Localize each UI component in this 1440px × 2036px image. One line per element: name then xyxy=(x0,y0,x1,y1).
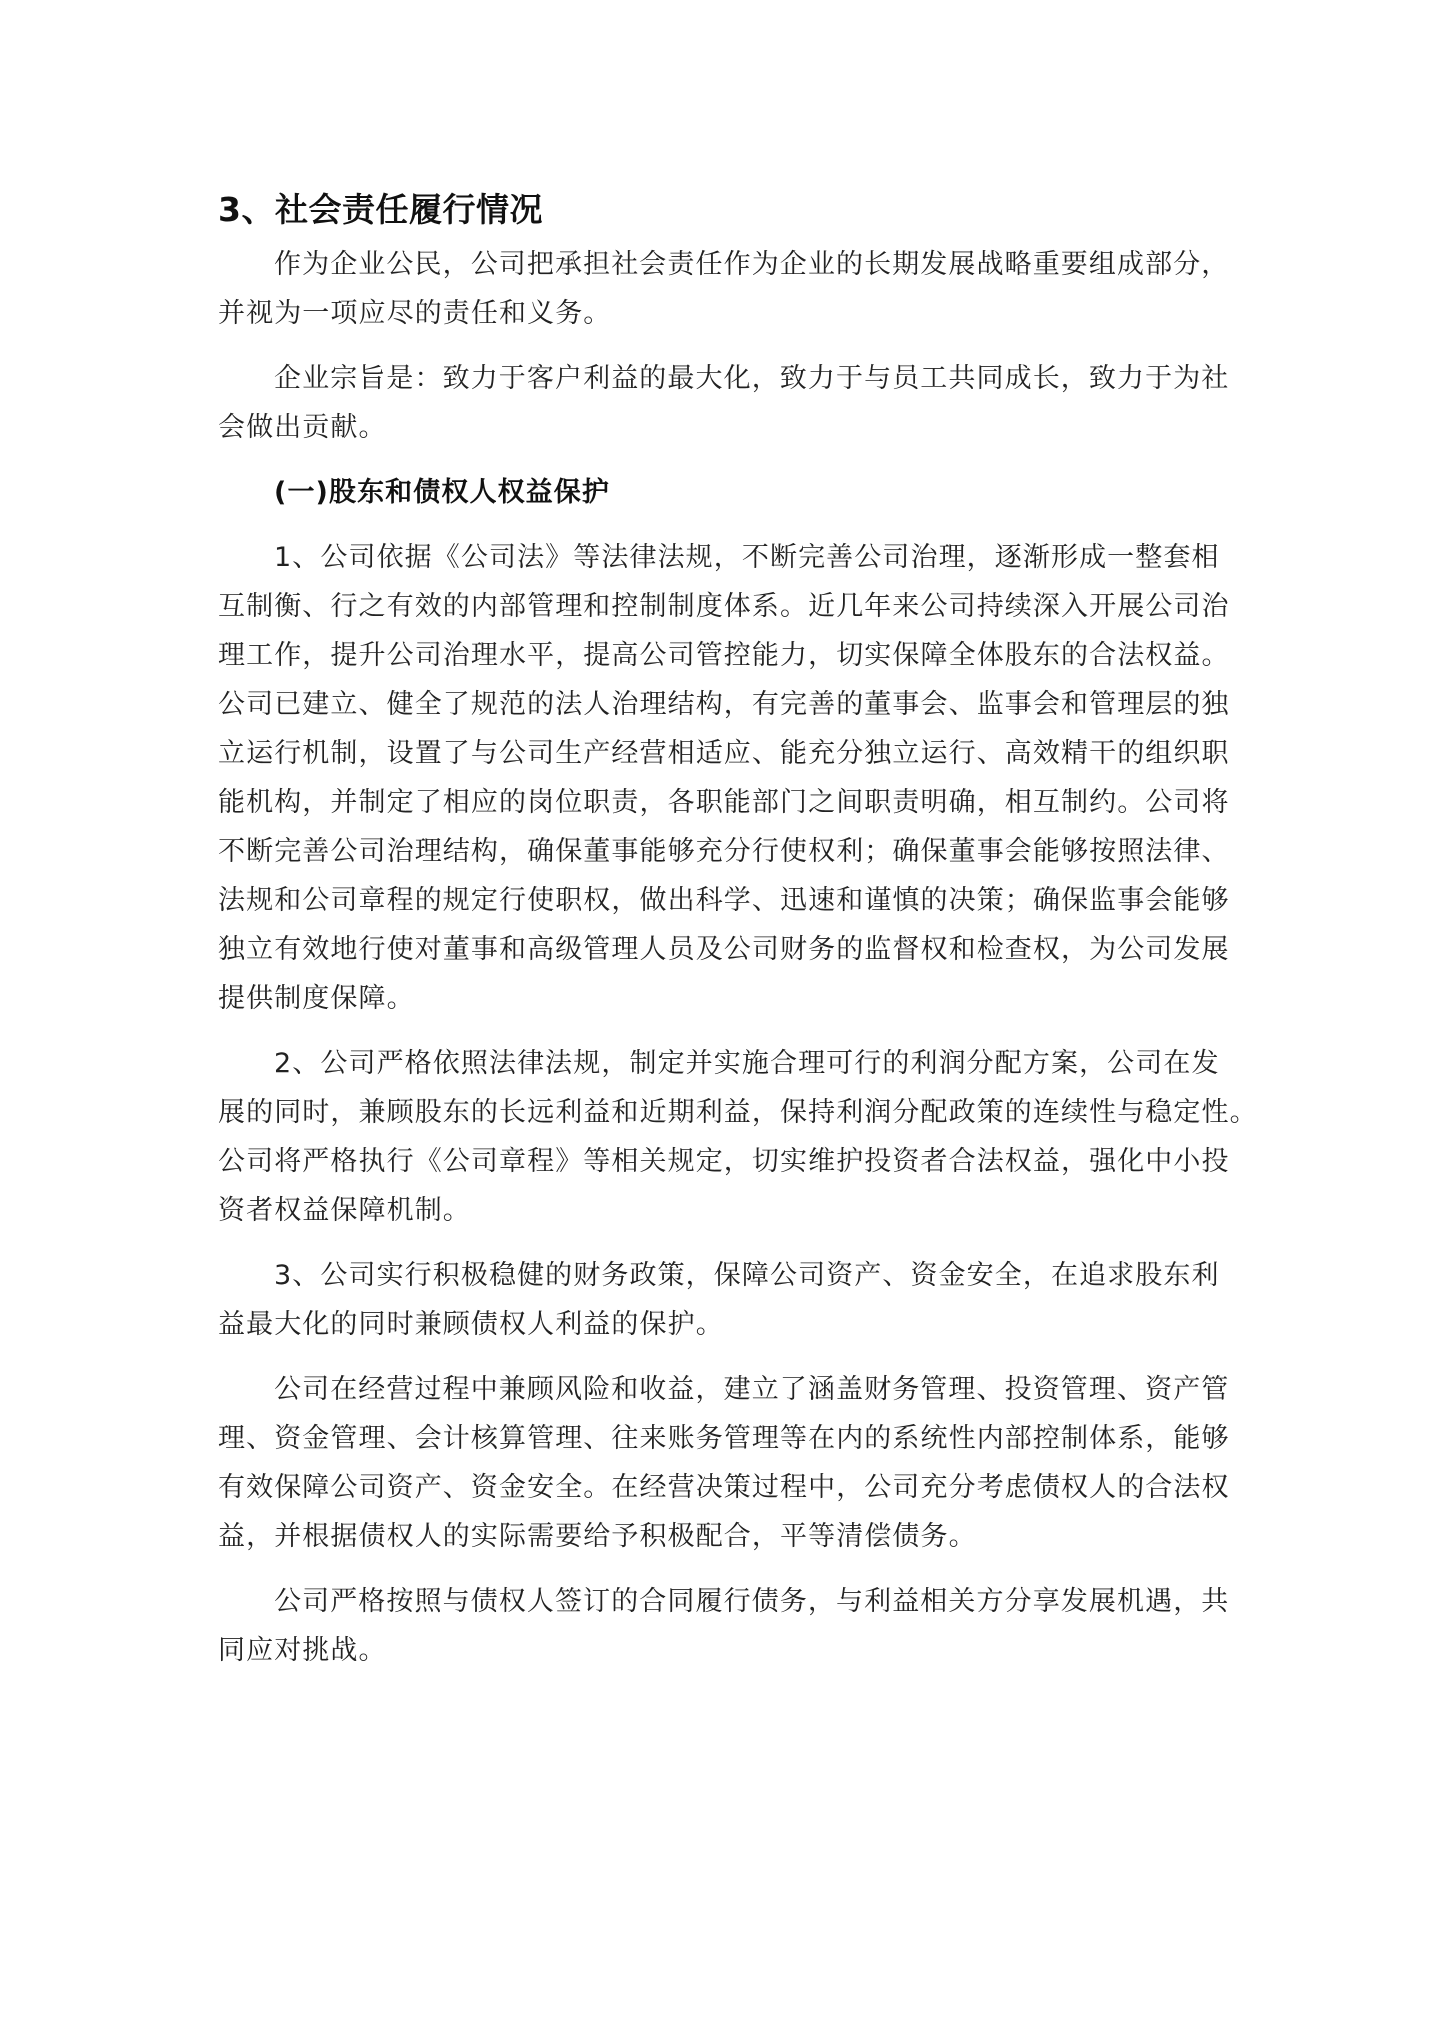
paragraph-intro: 作为企业公民，公司把承担社会责任作为企业的长期发展战略重要组成部分， 并视为一项… xyxy=(218,240,1226,338)
text-line: 独立有效地行使对董事和高级管理人员及公司财务的监督权和检查权，为公司发展 xyxy=(218,925,1226,974)
text-line: 理、资金管理、会计核算管理、往来账务管理等在内的系统性内部控制体系，能够 xyxy=(218,1414,1226,1463)
subheading-text: (一)股东和债权人权益保护 xyxy=(218,468,1226,517)
paragraph-risk-control: 公司在经营过程中兼顾风险和收益，建立了涵盖财务管理、投资管理、资产管 理、资金管… xyxy=(218,1365,1226,1561)
paragraph-item-3: 3、公司实行积极稳健的财务政策，保障公司资产、资金安全，在追求股东利 益最大化的… xyxy=(218,1251,1226,1349)
text-line: 公司在经营过程中兼顾风险和收益，建立了涵盖财务管理、投资管理、资产管 xyxy=(218,1365,1226,1414)
text-line: 能机构，并制定了相应的岗位职责，各职能部门之间职责明确，相互制约。公司将 xyxy=(218,778,1226,827)
text-line: 公司严格按照与债权人签订的合同履行债务，与利益相关方分享发展机遇，共 xyxy=(218,1577,1226,1626)
text-line: 不断完善公司治理结构，确保董事能够充分行使权利；确保董事会能够按照法律、 xyxy=(218,827,1226,876)
text-line: 3、公司实行积极稳健的财务政策，保障公司资产、资金安全，在追求股东利 xyxy=(218,1251,1226,1300)
section-title: 3、社会责任履行情况 xyxy=(218,186,1226,234)
text-line: 会做出贡献。 xyxy=(218,403,1226,452)
text-line: 理工作，提升公司治理水平，提高公司管控能力，切实保障全体股东的合法权益。 xyxy=(218,631,1226,680)
text-line: 企业宗旨是：致力于客户利益的最大化，致力于与员工共同成长，致力于为社 xyxy=(218,354,1226,403)
text-line: 立运行机制，设置了与公司生产经营相适应、能充分独立运行、高效精干的组织职 xyxy=(218,729,1226,778)
text-line: 公司已建立、健全了规范的法人治理结构，有完善的董事会、监事会和管理层的独 xyxy=(218,680,1226,729)
text-line: 2、公司严格依照法律法规，制定并实施合理可行的利润分配方案，公司在发 xyxy=(218,1039,1226,1088)
paragraph-debt-obligations: 公司严格按照与债权人签订的合同履行债务，与利益相关方分享发展机遇，共 同应对挑战… xyxy=(218,1577,1226,1675)
text-line: 益最大化的同时兼顾债权人利益的保护。 xyxy=(218,1300,1226,1349)
text-line: 资者权益保障机制。 xyxy=(218,1186,1226,1235)
document-page: 3、社会责任履行情况 作为企业公民，公司把承担社会责任作为企业的长期发展战略重要… xyxy=(218,186,1226,1691)
text-line: 并视为一项应尽的责任和义务。 xyxy=(218,289,1226,338)
text-line: 有效保障公司资产、资金安全。在经营决策过程中，公司充分考虑债权人的合法权 xyxy=(218,1463,1226,1512)
paragraph-item-1: 1、公司依据《公司法》等法律法规，不断完善公司治理，逐渐形成一整套相 互制衡、行… xyxy=(218,533,1226,1023)
text-line: 同应对挑战。 xyxy=(218,1626,1226,1675)
text-line: 1、公司依据《公司法》等法律法规，不断完善公司治理，逐渐形成一整套相 xyxy=(218,533,1226,582)
text-line: 公司将严格执行《公司章程》等相关规定，切实维护投资者合法权益，强化中小投 xyxy=(218,1137,1226,1186)
text-line: 互制衡、行之有效的内部管理和控制制度体系。近几年来公司持续深入开展公司治 xyxy=(218,582,1226,631)
paragraph-item-2: 2、公司严格依照法律法规，制定并实施合理可行的利润分配方案，公司在发 展的同时，… xyxy=(218,1039,1226,1235)
subheading-shareholder-protection: (一)股东和债权人权益保护 xyxy=(218,468,1226,517)
paragraph-mission: 企业宗旨是：致力于客户利益的最大化，致力于与员工共同成长，致力于为社 会做出贡献… xyxy=(218,354,1226,452)
text-line: 法规和公司章程的规定行使职权，做出科学、迅速和谨慎的决策；确保监事会能够 xyxy=(218,876,1226,925)
text-line: 作为企业公民，公司把承担社会责任作为企业的长期发展战略重要组成部分， xyxy=(218,240,1226,289)
text-line: 益，并根据债权人的实际需要给予积极配合，平等清偿债务。 xyxy=(218,1512,1226,1561)
text-line: 展的同时，兼顾股东的长远利益和近期利益，保持利润分配政策的连续性与稳定性。 xyxy=(218,1088,1226,1137)
text-line: 提供制度保障。 xyxy=(218,974,1226,1023)
